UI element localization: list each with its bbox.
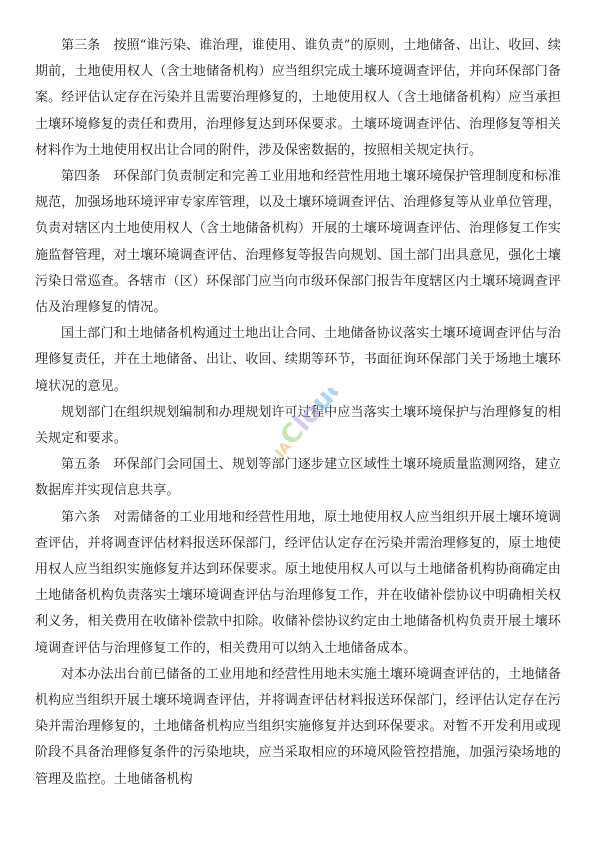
paragraph-article-6: 第六条对需储备的工业用地和经营性用地，原土地使用权人应当组织开展土壤环境调查评估… [35,505,561,662]
paragraph-article-5: 第五条环保部门会同国土、规划等部门逐步建立区域性土壤环境质量监测网络，建立数据库… [35,452,561,504]
paragraph-prior-reserve: 对本办法出台前已储备的工业用地和经营性用地未实施土壤环境调查评估的，土地储备机构… [35,662,561,793]
paragraph-text: 国土部门和土地储备机构通过土地出让合同、土地储备协议落实土壤环境调查评估与治理修… [35,326,561,393]
paragraph-land-department: 国土部门和土地储备机构通过土地出让合同、土地储备协议落实土壤环境调查评估与治理修… [35,321,561,400]
paragraph-article-3: 第三条按照“谁污染、谁治理，谁使用、谁负责”的原则，土地储备、出让、收回、续期前… [35,33,561,164]
paragraph-text: 规划部门在组织规划编制和办理规划许可过程中应当落实土壤环境保护与治理修复的相关规… [35,405,561,446]
article-number: 第四条 [61,169,101,184]
paragraph-article-4: 第四条环保部门负责制定和完善工业用地和经营性用地土壤环境保护管理制度和标准规范，… [35,164,561,321]
paragraph-text: 对本办法出台前已储备的工业用地和经营性用地未实施土壤环境调查评估的，土地储备机构… [35,667,561,787]
article-number: 第三条 [61,38,100,53]
paragraph-planning-department: 规划部门在组织规划编制和办理规划许可过程中应当落实土壤环境保护与治理修复的相关规… [35,400,561,452]
document-page: 第三条按照“谁污染、谁治理，谁使用、谁负责”的原则，土地储备、出让、收回、续期前… [35,33,561,793]
paragraph-text: 环保部门会同国土、规划等部门逐步建立区域性土壤环境质量监测网络，建立数据库并实现… [35,457,561,498]
paragraph-text: 环保部门负责制定和完善工业用地和经营性用地土壤环境保护管理制度和标准规范，加强场… [35,169,561,315]
paragraph-text: 对需储备的工业用地和经营性用地，原土地使用权人应当组织开展土壤环境调查评估，并将… [35,510,561,656]
paragraph-text: 按照“谁污染、谁治理，谁使用、谁负责”的原则，土地储备、出让、收回、续期前，土地… [35,38,561,158]
article-number: 第六条 [61,510,101,525]
article-number: 第五条 [61,457,101,472]
